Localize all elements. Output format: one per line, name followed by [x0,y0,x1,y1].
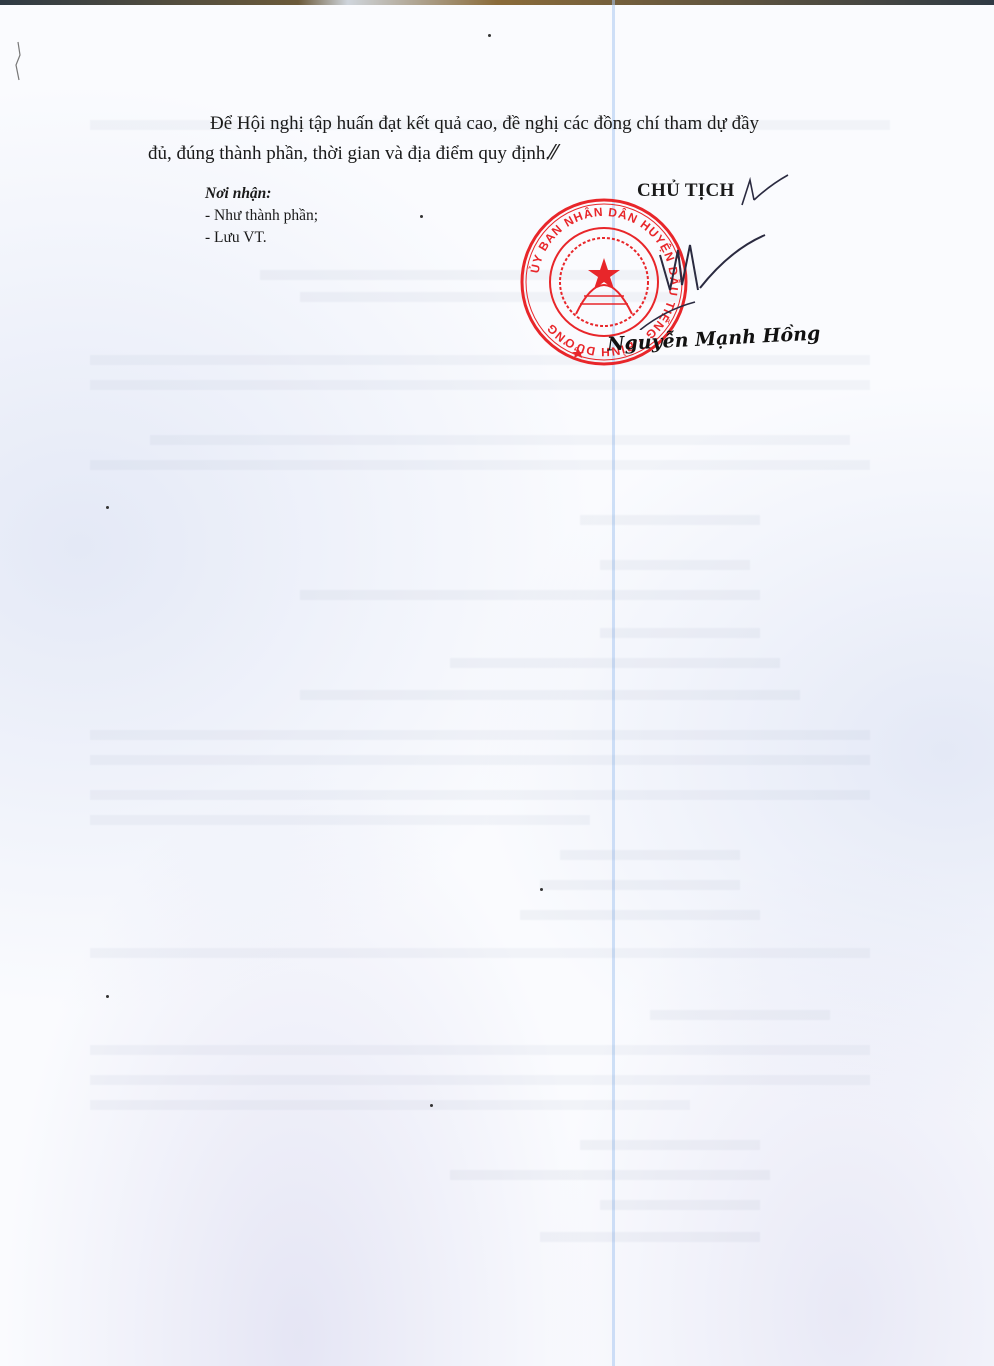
margin-mark [8,40,28,85]
recipient-item: - Như thành phần; [205,205,318,227]
recipients-block: Nơi nhận: - Như thành phần; - Lưu VT. [205,183,318,249]
scan-top-edge [0,0,994,5]
closing-paragraph: Để Hội nghị tập huấn đạt kết quả cao, đề… [148,110,868,168]
scan-speck [488,34,491,37]
recipients-heading: Nơi nhận: [205,183,318,205]
closing-line-2: đủ, đúng thành phần, thời gian và địa đi… [148,143,550,164]
initial-mark-icon: ⁄⁄ [550,140,557,164]
scan-speck [540,888,543,891]
title-tick-mark-icon [740,170,790,210]
scan-speck [420,215,423,218]
handwritten-signature-icon [620,230,770,330]
scanned-page [0,0,994,1366]
closing-line-1: Để Hội nghị tập huấn đạt kết quả cao, đề… [148,110,868,138]
scan-speck [106,506,109,509]
scan-speck [106,995,109,998]
scan-speck [430,1104,433,1107]
recipient-item: - Lưu VT. [205,227,318,249]
